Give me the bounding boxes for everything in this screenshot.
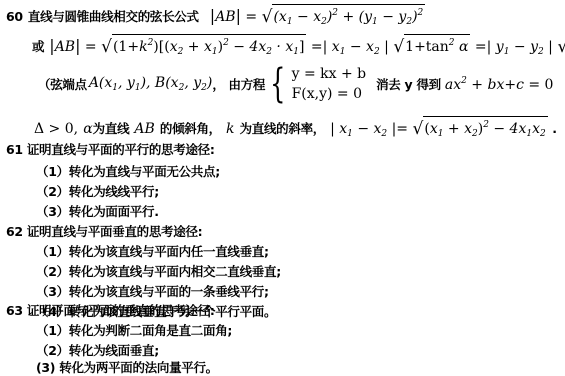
item-63-title: 63 证明平面与平面的垂直的思考途径: [6, 301, 215, 319]
item-61-title: 61 证明直线与平面的平行的思考途径: [6, 140, 215, 158]
incline-description: 的倾斜角， [160, 121, 221, 136]
item-62-title: 62 证明直线与平面垂直的思考途径: [6, 222, 202, 240]
alpha-symbol: α [83, 121, 92, 137]
item-60-heading: 60 直线与圆锥曲线相交的弦长公式 |AB| = √(x1 − x2)2 + (… [6, 4, 425, 31]
ab-symbol: AB [134, 121, 154, 137]
item-60-alt-formula: 或 |AB| = √(1+k2)[(x2 + x1)2 − 4x2 · x1] … [32, 34, 565, 61]
chord-length-formula-1: |AB| = √(x1 − x2)2 + (y1 − y2)2 [210, 9, 425, 25]
item-60-title: 直线与圆锥曲线相交的弦长公式 [28, 9, 199, 24]
system-eq-1: y = kx + b [292, 64, 367, 84]
endpoints-expression: A(x1, y1), B(x2, y2) [89, 75, 213, 93]
slope-description: 为直线的斜率， [240, 121, 325, 136]
item-63-point-3: (3) 转化为两平面的法向量平行。 [36, 358, 218, 376]
difference-formula: | x1 − x2 |= √(x1 + x2)2 − 4x1x2 [330, 121, 552, 137]
by-equation-label: 由方程 [229, 75, 266, 93]
item-61-point-2: （2）转化为线线平行; [36, 182, 159, 200]
item-62-point-2: （2）转化为该直线与平面内相交二直线垂直; [36, 262, 281, 280]
item-62-point-1: （1）转化为该直线与平面内任一直线垂直; [36, 242, 269, 260]
endpoint-label: （弦端点 [38, 75, 87, 93]
eliminate-label: 消去 y 得到 [376, 75, 441, 93]
chord-length-formula-2: |AB| = √(1+k2)[(x2 + x1)2 − 4x2 · x1] =|… [49, 39, 565, 55]
period: . [552, 121, 556, 136]
quadratic-equation: ax2 + bx+c = 0 [445, 76, 554, 93]
item-63-point-2: （2）转化为线面垂直; [36, 341, 159, 359]
k-symbol: k [226, 121, 234, 137]
item-60-system-line: （弦端点 A(x1, y1), B(x2, y2) ， 由方程 { y = kx… [38, 64, 553, 104]
item-61-point-1: （1）转化为直线与平面无公共点; [36, 162, 220, 180]
or-label: 或 [32, 39, 44, 54]
discriminant-condition: Δ > 0, [34, 121, 78, 137]
item-60-condition-line: Δ > 0, α为直线 AB 的倾斜角， k 为直线的斜率， | x1 − x2… [34, 116, 557, 143]
system-eq-2: F(x,y) = 0 [292, 84, 367, 104]
equation-system: { y = kx + b F(x,y) = 0 [265, 64, 366, 104]
alpha-description: 为直线 [93, 121, 130, 136]
item-60-number: 60 [6, 9, 23, 24]
left-brace-icon: { [270, 64, 285, 104]
item-63-point-1: （1）转化为判断二面角是直二面角; [36, 321, 232, 339]
item-62-point-3: （3）转化为该直线与平面的一条垂线平行; [36, 282, 269, 300]
comma: ， [212, 75, 224, 93]
item-61-point-3: （3）转化为面面平行. [36, 202, 159, 220]
